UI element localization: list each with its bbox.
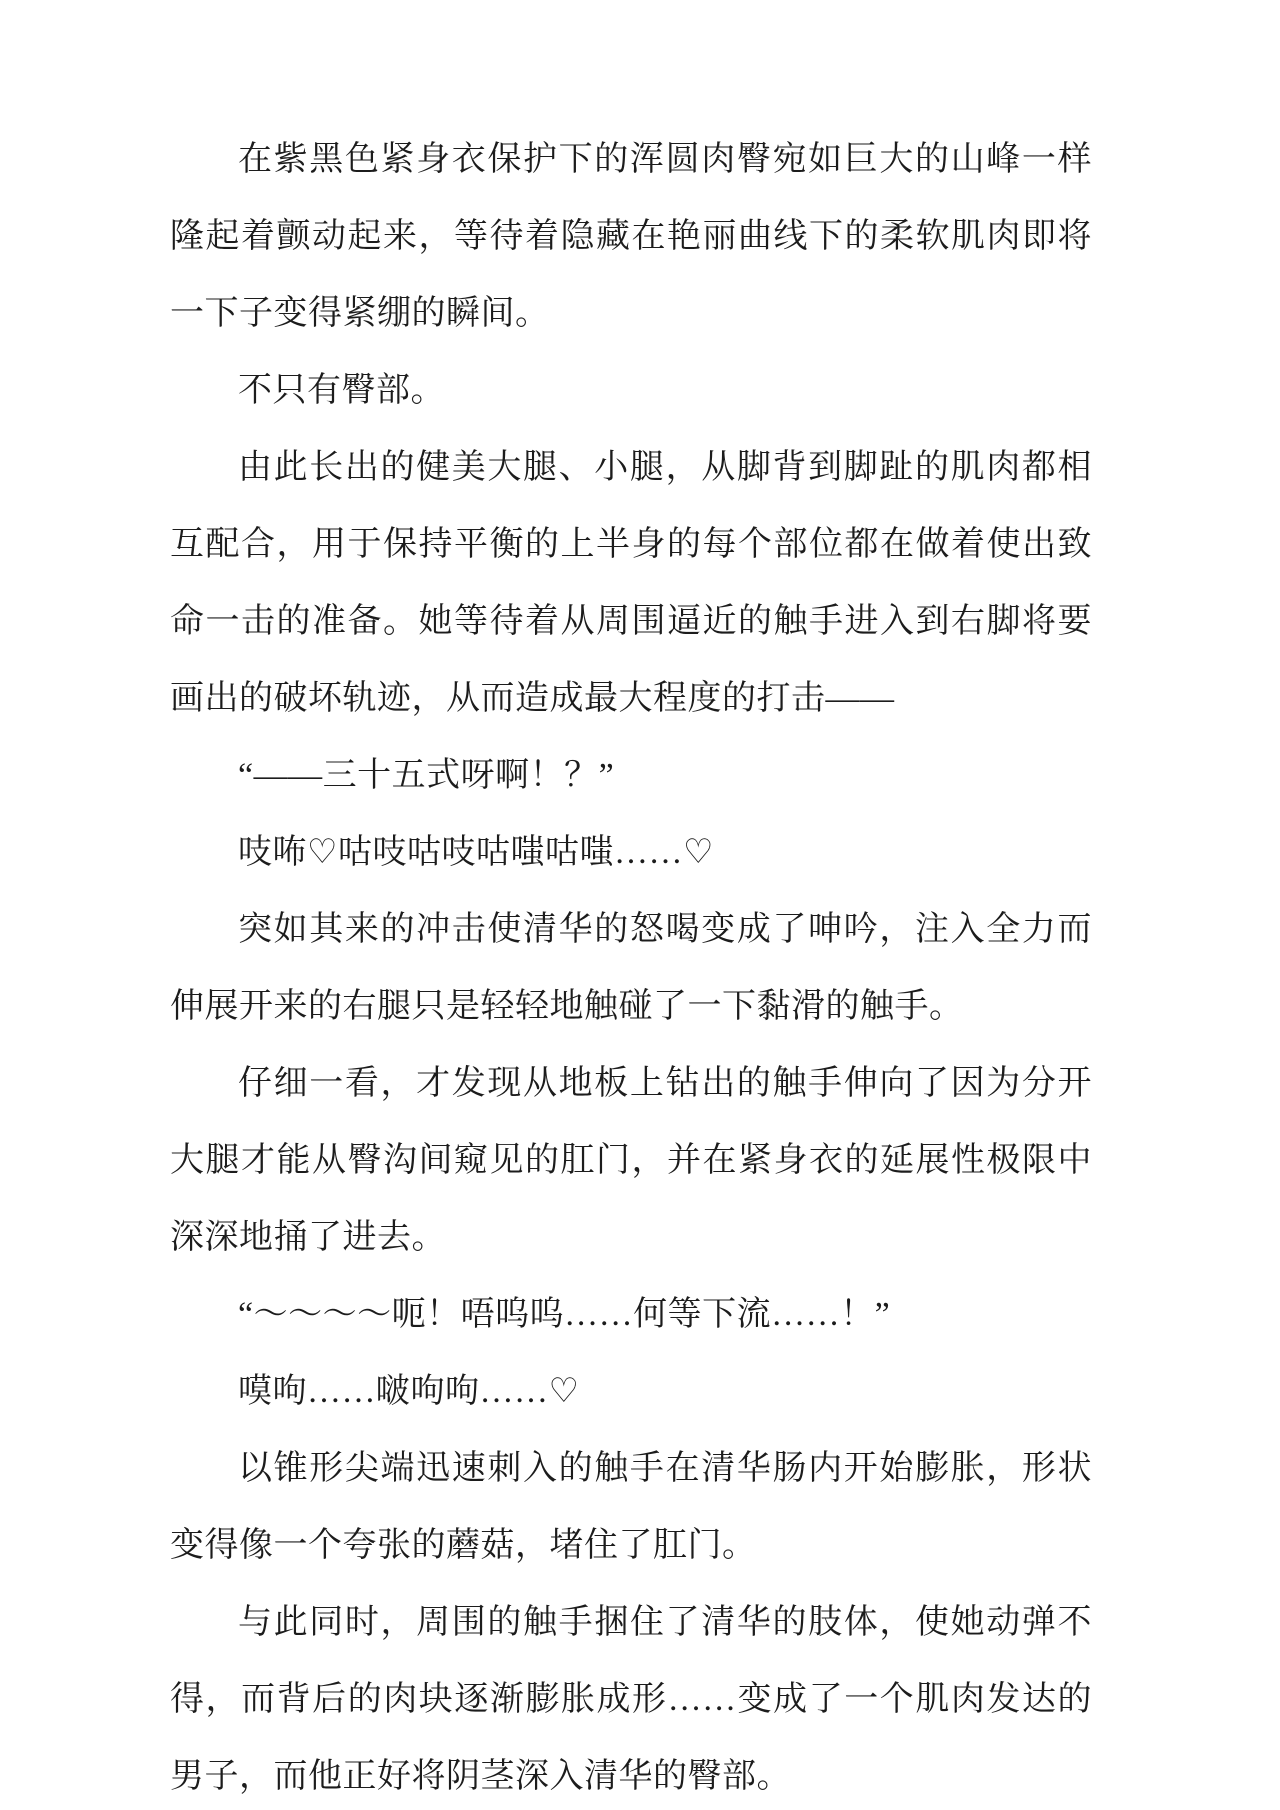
paragraph-2: 不只有臀部。 (170, 352, 1092, 429)
paragraph-7: 仔细一看，才发现从地板上钻出的触手伸向了因为分开大腿才能从臀沟间窥见的肛门，并在… (170, 1045, 1092, 1276)
paragraph-4-dialogue: “——三十五式呀啊！？” (170, 737, 1092, 814)
document-page: 在紫黑色紧身衣保护下的浑圆肉臀宛如巨大的山峰一样隆起着颤动起来，等待着隐藏在艳丽… (0, 0, 1280, 1810)
paragraph-10: 以锥形尖端迅速刺入的触手在清华肠内开始膨胀，形状变得像一个夸张的蘑菇，堵住了肛门… (170, 1430, 1092, 1584)
paragraph-9-sfx: 嗼呴……啵呴呴……♡ (170, 1353, 1092, 1430)
paragraph-6: 突如其来的冲击使清华的怒喝变成了呻吟，注入全力而伸展开来的右腿只是轻轻地触碰了一… (170, 891, 1092, 1045)
paragraph-5-sfx: 吱咘♡咕吱咕吱咕嗤咕嗤……♡ (170, 814, 1092, 891)
paragraph-3: 由此长出的健美大腿、小腿，从脚背到脚趾的肌肉都相互配合，用于保持平衡的上半身的每… (170, 429, 1092, 737)
paragraph-8-dialogue: “～～～～呃！唔呜呜……何等下流……！” (170, 1276, 1092, 1353)
paragraph-11: 与此同时，周围的触手捆住了清华的肢体，使她动弹不得，而背后的肉块逐渐膨胀成形……… (170, 1584, 1092, 1810)
paragraph-1: 在紫黑色紧身衣保护下的浑圆肉臀宛如巨大的山峰一样隆起着颤动起来，等待着隐藏在艳丽… (170, 121, 1092, 352)
